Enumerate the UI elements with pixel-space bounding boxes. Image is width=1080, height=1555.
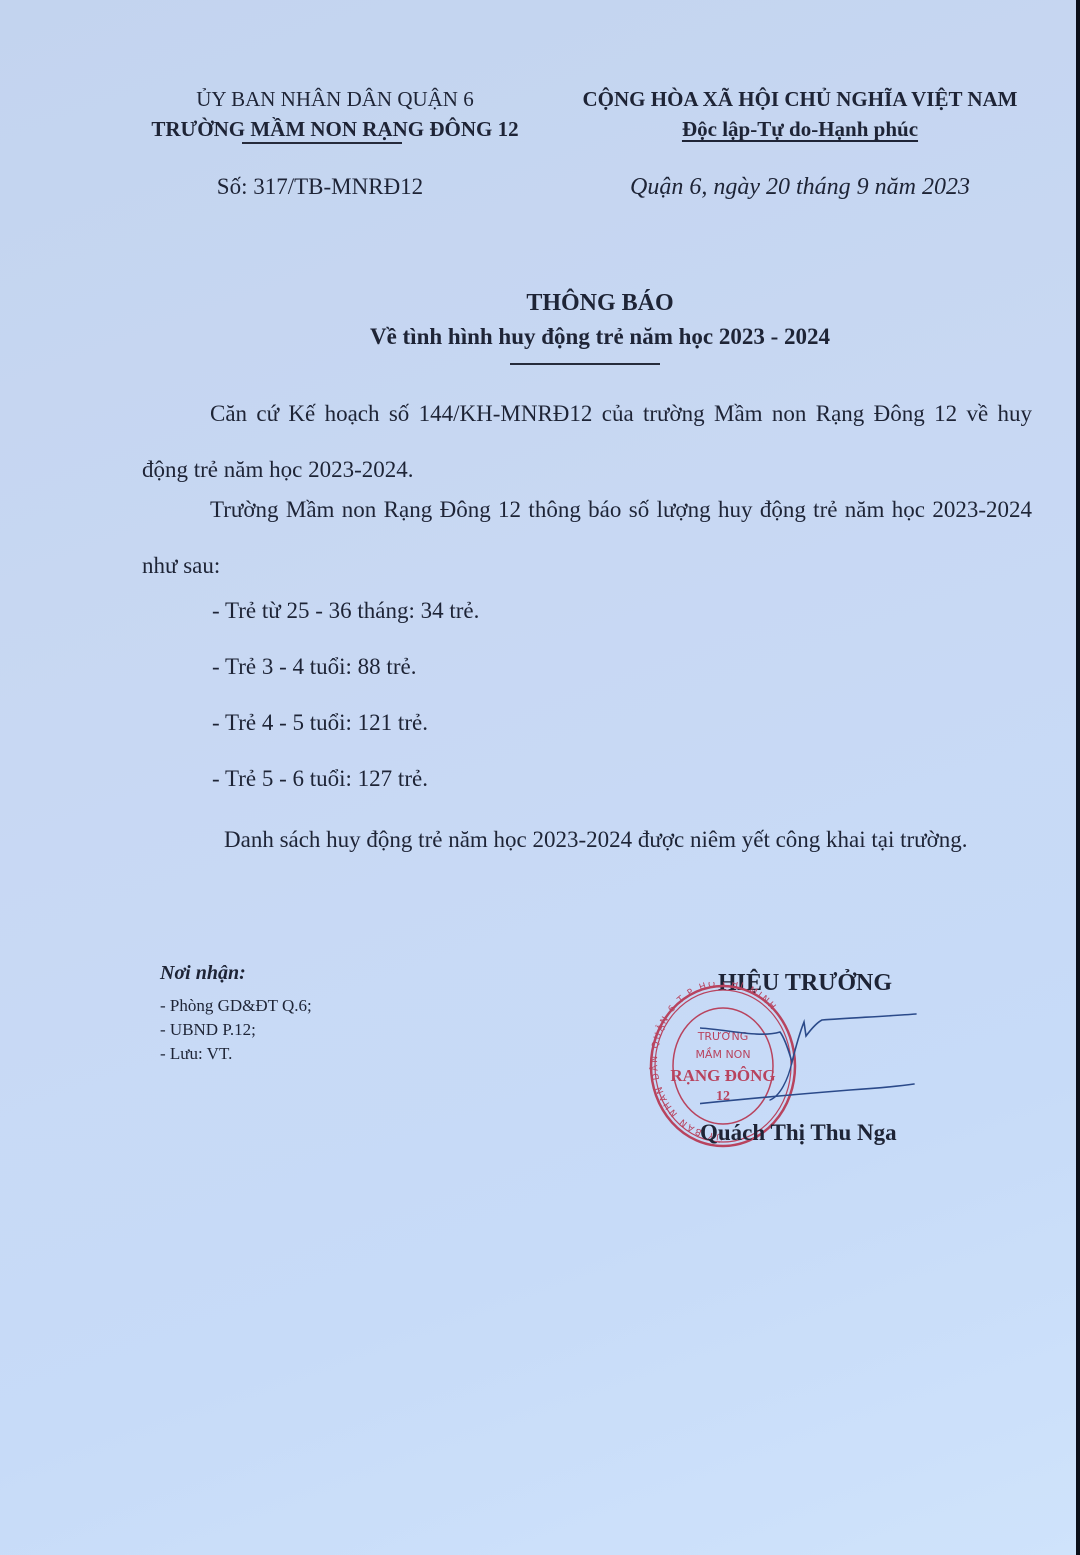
handwritten-signature-icon [700,1010,920,1120]
recipient-item: - Lưu: VT. [160,1044,232,1064]
photo-edge [1076,0,1080,1555]
list-item: - Trẻ 3 - 4 tuổi: 88 trẻ. [212,654,416,680]
document-number: Số: 317/TB-MNRĐ12 [100,174,540,200]
place-date: Quận 6, ngày 20 tháng 9 năm 2023 [560,174,1040,201]
motto-wrapper: Độc lập-Tự do-Hạnh phúc [540,114,1060,144]
nation-line-2: Độc lập-Tự do-Hạnh phúc [682,117,918,141]
body-paragraph-3: Danh sách huy động trẻ năm học 2023-2024… [156,812,1026,868]
national-motto: CỘNG HÒA XÃ HỘI CHỦ NGHĨA VIỆT NAM Độc l… [540,84,1060,144]
agency-line-2: TRƯỜNG MẦM NON RẠNG ĐÔNG 12 [100,114,570,144]
agency-underline [242,142,402,144]
signer-name: Quách Thị Thu Nga [700,1120,897,1146]
recipients-title: Nơi nhận: [160,962,246,985]
list-item: - Trẻ 4 - 5 tuổi: 121 trẻ. [212,710,428,736]
list-item: - Trẻ 5 - 6 tuổi: 127 trẻ. [212,766,428,792]
title-divider [510,363,660,365]
agency-school-name: TRƯỜNG MẦM NON RẠNG ĐÔNG 12 [151,117,518,141]
recipient-item: - Phòng GD&ĐT Q.6; [160,996,312,1016]
document-subtitle: Về tình hình huy động trẻ năm học 2023 -… [300,320,900,354]
recipient-item: - UBND P.12; [160,1020,256,1040]
agency-line-1: ỦY BAN NHÂN DÂN QUẬN 6 [100,84,570,114]
document-title: THÔNG BÁO [300,286,900,320]
body-paragraph-2: Trường Mầm non Rạng Đông 12 thông báo số… [142,482,1032,594]
issuing-agency: ỦY BAN NHÂN DÂN QUẬN 6 TRƯỜNG MẦM NON RẠ… [100,84,570,144]
nation-line-1: CỘNG HÒA XÃ HỘI CHỦ NGHĨA VIỆT NAM [540,84,1060,114]
list-item: - Trẻ từ 25 - 36 tháng: 34 trẻ. [212,598,479,624]
